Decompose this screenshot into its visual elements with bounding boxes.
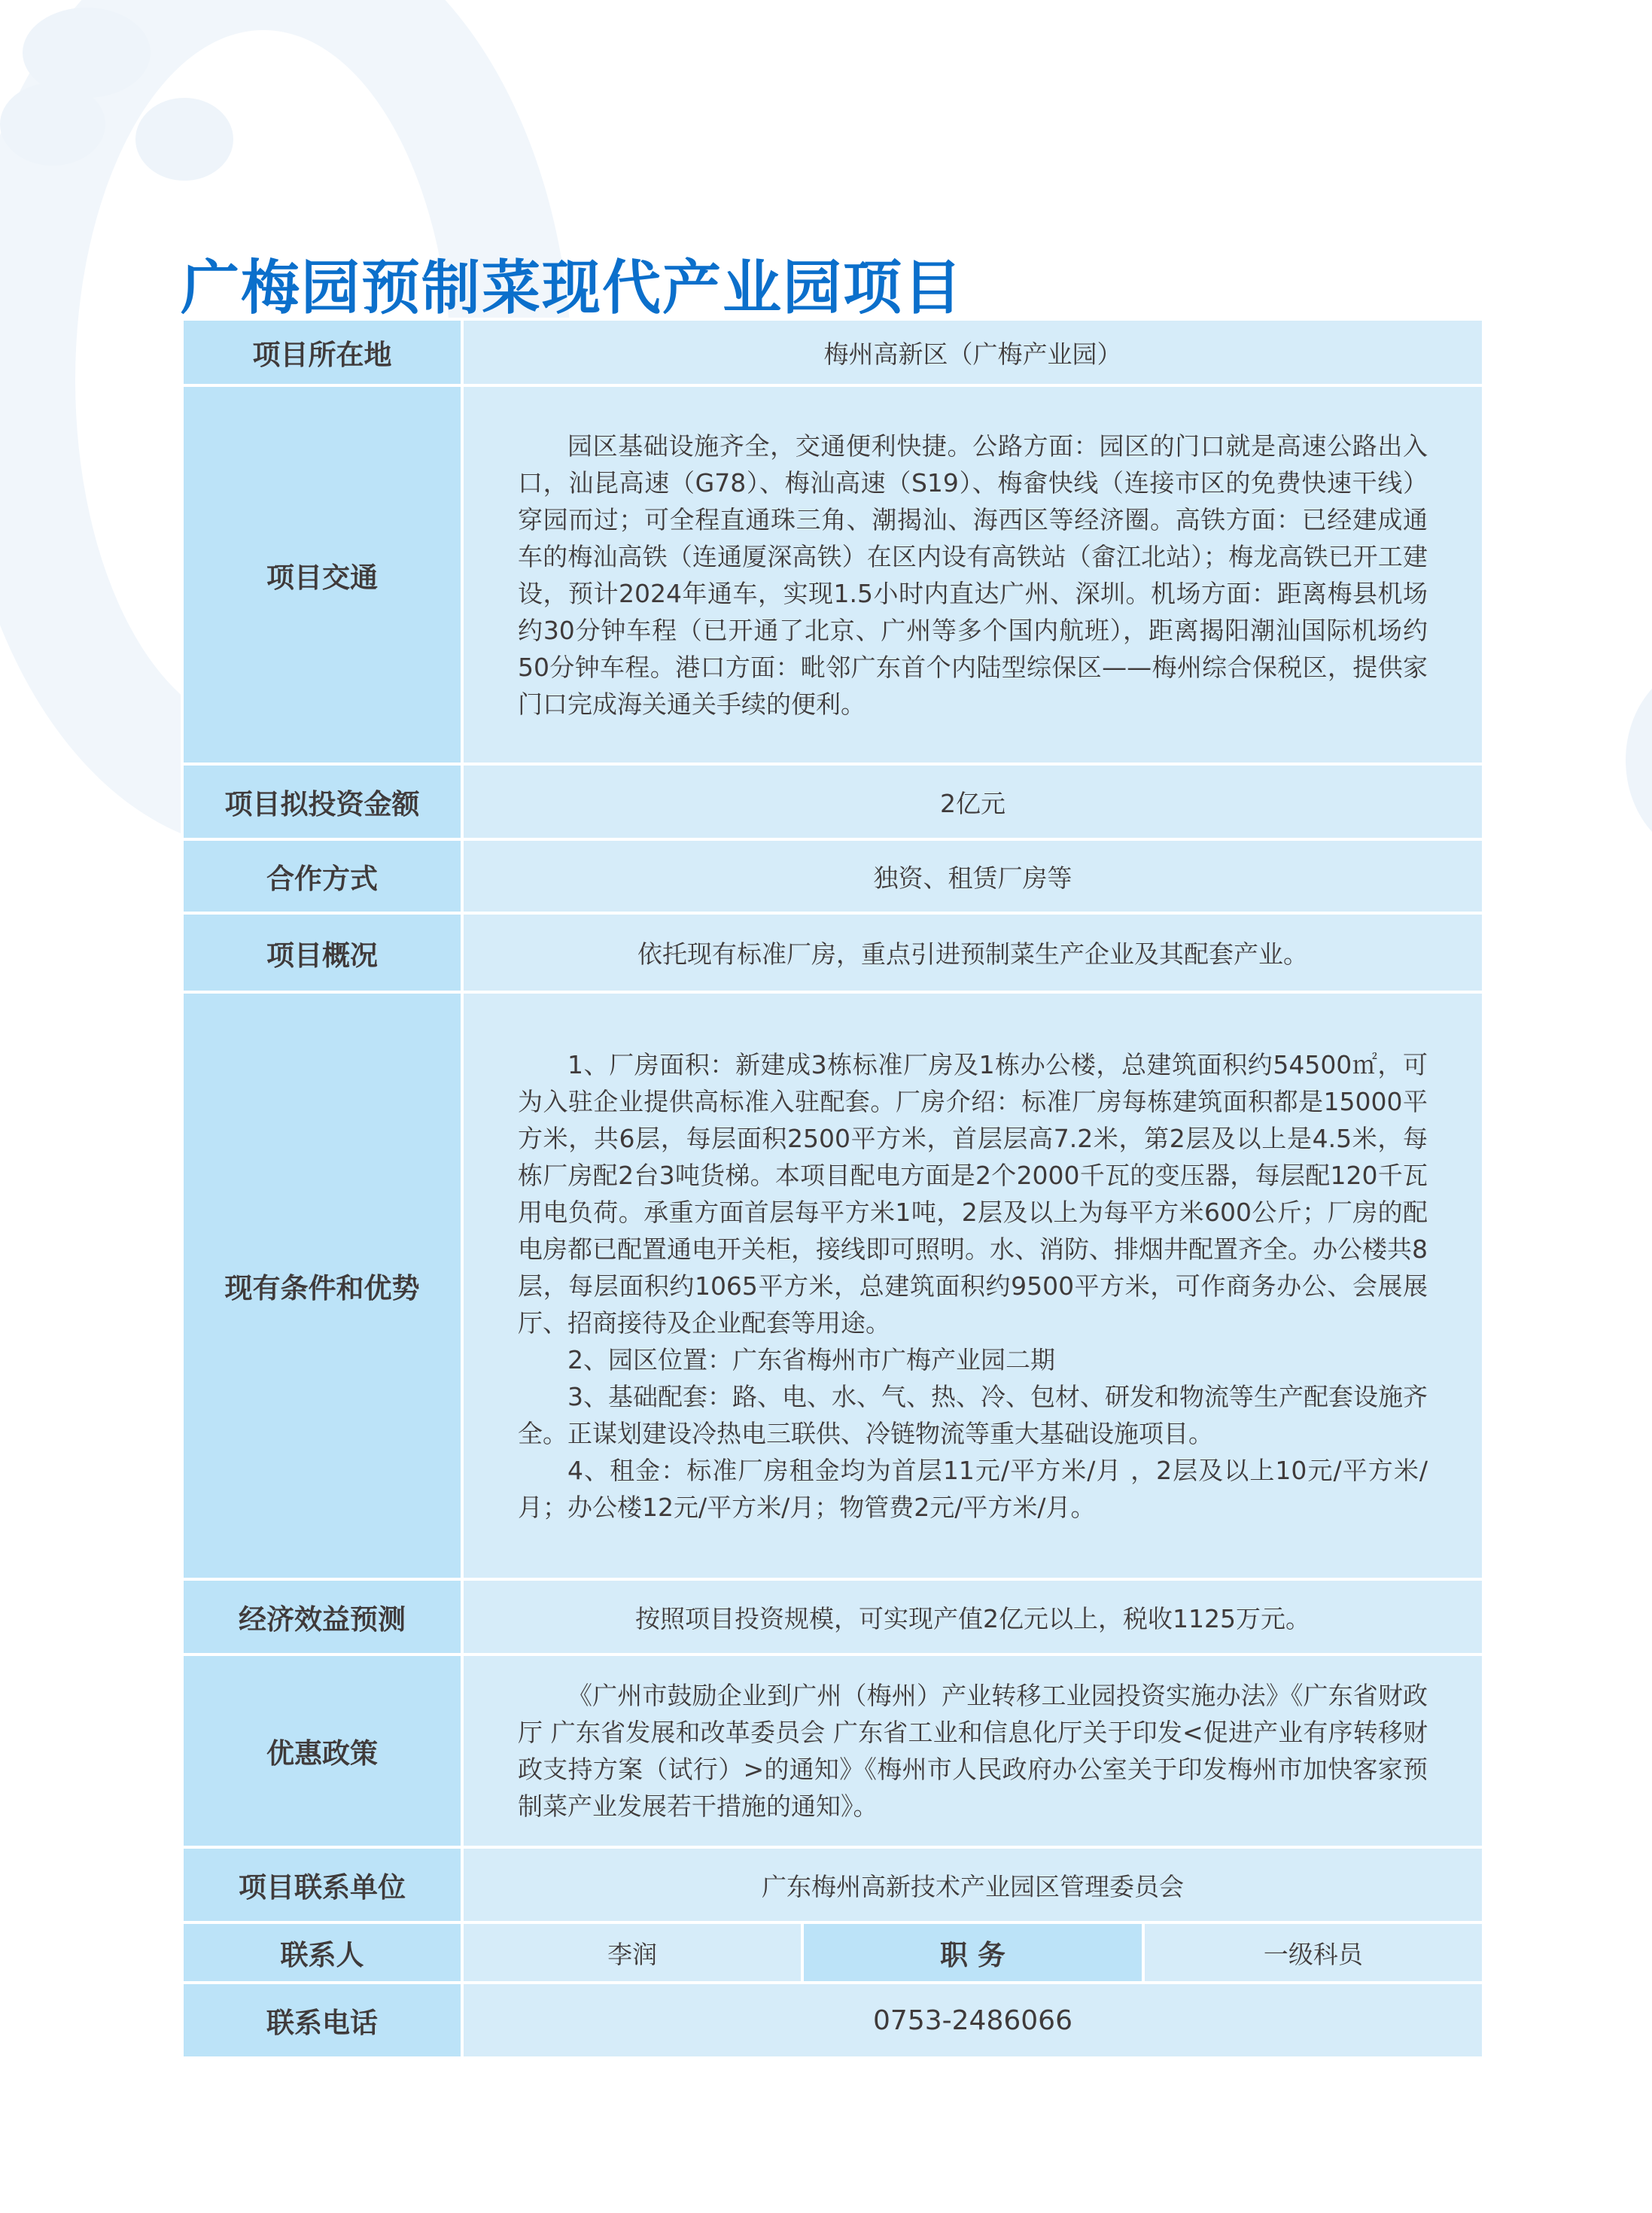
table-row-policy: 优惠政策 《广州市鼓励企业到广州（梅州）产业转移工业园投资实施办法》《广东省财政… xyxy=(182,1654,1483,1847)
table-row-phone: 联系电话 0753-2486066 xyxy=(182,1983,1483,2058)
label-contact-unit: 项目联系单位 xyxy=(182,1847,462,1922)
condition-item: 3、基础配套：路、电、水、气、热、冷、包材、研发和物流等生产配套设施齐全。正谋划… xyxy=(518,1378,1428,1452)
value-investment: 2亿元 xyxy=(462,764,1483,839)
label-benefit: 经济效益预测 xyxy=(182,1579,462,1654)
label-contact-person: 联系人 xyxy=(182,1922,462,1983)
table-row-location: 项目所在地 梅州高新区（广梅产业园） xyxy=(182,319,1483,385)
table-row-investment: 项目拟投资金额 2亿元 xyxy=(182,764,1483,839)
page-title: 广梅园预制菜现代产业园项目 xyxy=(181,241,963,325)
label-location: 项目所在地 xyxy=(182,319,462,385)
value-overview: 依托现有标准厂房，重点引进预制菜生产企业及其配套产业。 xyxy=(462,913,1483,992)
label-overview: 项目概况 xyxy=(182,913,462,992)
table-row-benefit: 经济效益预测 按照项目投资规模，可实现产值2亿元以上，税收1125万元。 xyxy=(182,1579,1483,1654)
label-investment: 项目拟投资金额 xyxy=(182,764,462,839)
value-phone: 0753-2486066 xyxy=(462,1983,1483,2058)
value-contact-unit: 广东梅州高新技术产业园区管理委员会 xyxy=(462,1847,1483,1922)
label-policy: 优惠政策 xyxy=(182,1654,462,1847)
value-contact-person: 李润 xyxy=(462,1922,802,1983)
project-info-table: 项目所在地 梅州高新区（广梅产业园） 项目交通 园区基础设施齐全，交通便利快捷。… xyxy=(181,318,1485,2059)
background-decoration-petal xyxy=(135,98,233,181)
condition-item: 2、园区位置：广东省梅州市广梅产业园二期 xyxy=(518,1341,1428,1378)
value-cooperation: 独资、租赁厂房等 xyxy=(462,839,1483,913)
table-row-conditions: 现有条件和优势 1、厂房面积：新建成3栋标准厂房及1栋办公楼，总建筑面积约545… xyxy=(182,992,1483,1579)
background-decoration-circle xyxy=(1626,662,1652,858)
label-phone: 联系电话 xyxy=(182,1983,462,2058)
table-row-cooperation: 合作方式 独资、租赁厂房等 xyxy=(182,839,1483,913)
value-transport: 园区基础设施齐全，交通便利快捷。公路方面：园区的门口就是高速公路出入口，汕昆高速… xyxy=(462,385,1483,764)
background-decoration-petal xyxy=(23,8,151,98)
policy-text: 《广州市鼓励企业到广州（梅州）产业转移工业园投资实施办法》《广东省财政厅 广东省… xyxy=(518,1677,1428,1825)
transport-text: 园区基础设施齐全，交通便利快捷。公路方面：园区的门口就是高速公路出入口，汕昆高速… xyxy=(518,428,1428,723)
value-conditions: 1、厂房面积：新建成3栋标准厂房及1栋办公楼，总建筑面积约54500㎡，可为入驻… xyxy=(462,992,1483,1579)
value-benefit: 按照项目投资规模，可实现产值2亿元以上，税收1125万元。 xyxy=(462,1579,1483,1654)
label-cooperation: 合作方式 xyxy=(182,839,462,913)
table-row-contact-person: 联系人 李润 职 务 一级科员 xyxy=(182,1922,1483,1983)
label-conditions: 现有条件和优势 xyxy=(182,992,462,1579)
value-position: 一级科员 xyxy=(1143,1922,1483,1983)
value-location: 梅州高新区（广梅产业园） xyxy=(462,319,1483,385)
condition-item: 4、租金：标准厂房租金均为首层11元/平方米/月 ，2层及以上10元/平方米/月… xyxy=(518,1452,1428,1526)
label-transport: 项目交通 xyxy=(182,385,462,764)
background-decoration-petal xyxy=(0,83,105,166)
condition-item: 1、厂房面积：新建成3栋标准厂房及1栋办公楼，总建筑面积约54500㎡，可为入驻… xyxy=(518,1046,1428,1341)
value-policy: 《广州市鼓励企业到广州（梅州）产业转移工业园投资实施办法》《广东省财政厅 广东省… xyxy=(462,1654,1483,1847)
table-row-transport: 项目交通 园区基础设施齐全，交通便利快捷。公路方面：园区的门口就是高速公路出入口… xyxy=(182,385,1483,764)
table-row-contact-unit: 项目联系单位 广东梅州高新技术产业园区管理委员会 xyxy=(182,1847,1483,1922)
label-position: 职 务 xyxy=(802,1922,1142,1983)
table-row-overview: 项目概况 依托现有标准厂房，重点引进预制菜生产企业及其配套产业。 xyxy=(182,913,1483,992)
